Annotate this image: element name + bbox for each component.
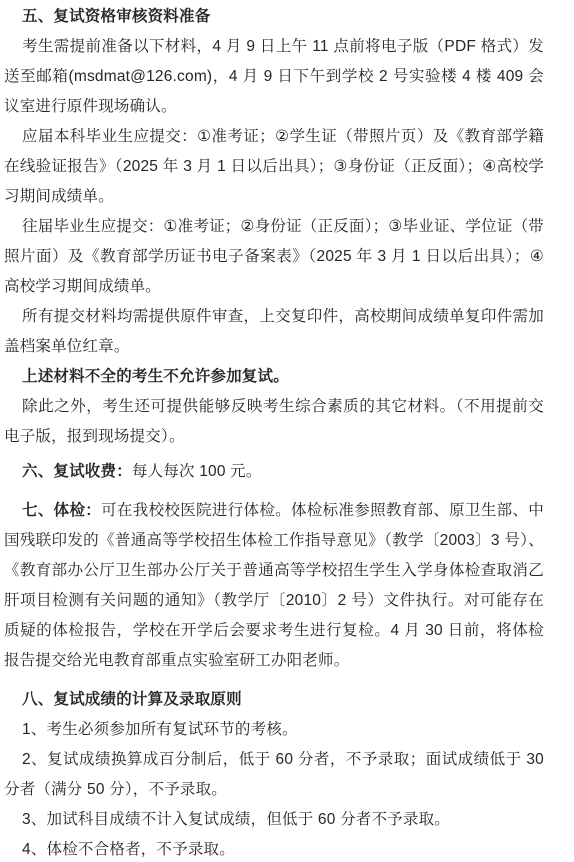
section-6-line: 六、复试收费：每人每次 100 元。	[4, 457, 544, 487]
list-item-4: 4、体检不合格者，不予录取。	[4, 835, 544, 862]
paragraph-fresh-graduates: 应届本科毕业生应提交：①准考证；②学生证（带照片页）及《教育部学籍在线验证报告》…	[4, 122, 544, 212]
section-8-heading: 八、复试成绩的计算及录取原则	[4, 685, 544, 715]
section-6-text: 每人每次 100 元。	[132, 463, 262, 480]
section-7-heading: 七、体检：	[22, 502, 101, 519]
paragraph-previous-graduates: 往届毕业生应提交：①准考证；②身份证（正反面）；③毕业证、学位证（带照片面）及《…	[4, 212, 544, 302]
document-page: 五、复试资格审核资料准备 考生需提前准备以下材料，4 月 9 日上午 11 点前…	[0, 0, 574, 862]
section-5-heading: 五、复试资格审核资料准备	[4, 2, 544, 32]
paragraph-materials-intro: 考生需提前准备以下材料，4 月 9 日上午 11 点前将电子版（PDF 格式）发…	[4, 32, 544, 122]
paragraph-incomplete-warning: 上述材料不全的考生不允许参加复试。	[4, 362, 544, 392]
paragraph-originals-required: 所有提交材料均需提供原件审查，上交复印件，高校期间成绩单复印件需加盖档案单位红章…	[4, 302, 544, 362]
paragraph-extra-materials: 除此之外，考生还可提供能够反映考生综合素质的其它材料。（不用提前交电子版，报到现…	[4, 392, 544, 452]
list-item-2: 2、复试成绩换算成百分制后，低于 60 分者，不予录取；面试成绩低于 30 分者…	[4, 745, 544, 805]
list-item-1: 1、考生必须参加所有复试环节的考核。	[4, 715, 544, 745]
section-7-line: 七、体检：可在我校校医院进行体检。体检标准参照教育部、原卫生部、中国残联印发的《…	[4, 496, 544, 676]
list-item-3: 3、加试科目成绩不计入复试成绩，但低于 60 分者不予录取。	[4, 805, 544, 835]
section-7-text: 可在我校校医院进行体检。体检标准参照教育部、原卫生部、中国残联印发的《普通高等学…	[4, 502, 544, 669]
section-6-heading: 六、复试收费：	[22, 463, 132, 480]
